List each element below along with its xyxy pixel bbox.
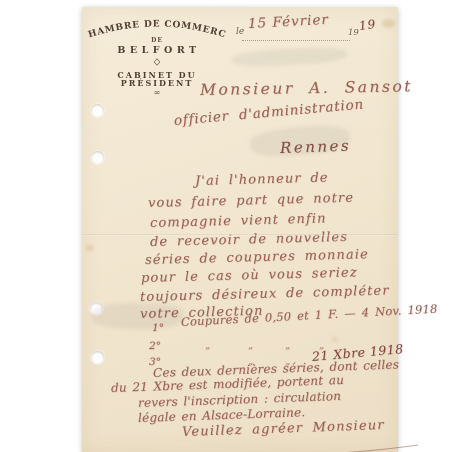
list-row-number: 2° [149,341,161,352]
printed-le: le [236,27,244,37]
body-line: séries de coupures monnaie [145,248,369,267]
date-rule [242,40,350,41]
punch-hole [91,151,104,164]
body-line: J'ai l'honneur de [195,172,329,188]
body-line: toujours désireux de compléter [140,284,390,304]
handwritten-year: 19 [358,18,377,32]
org-city-text: BELFORT [87,46,227,56]
org-name-arc-text: CHAMBRE DE COMMERCE [87,13,227,39]
body-line: vous faire part que notre [148,192,354,210]
printed-year-prefix: 19 [348,28,359,38]
svg-text:CHAMBRE DE COMMERCE: CHAMBRE DE COMMERCE [87,13,227,39]
punch-hole [91,351,104,364]
body-line: compagnie vient enfin [150,212,327,230]
recipient-title: officier d'administration [173,98,364,128]
age-spot [86,245,93,251]
age-spot [332,337,338,342]
punch-hole [91,104,104,117]
body-line: pour le cas où vous seriez [141,266,358,285]
recipient-name: Monsieur A. Sansot [200,79,413,98]
letterhead-arc: CHAMBRE DE COMMERCE [87,13,227,39]
ditto-mark: „ [205,341,210,351]
pen-flourish [212,443,422,452]
age-spot [382,19,395,28]
ditto-mark: „ [285,341,290,351]
handwritten-date: 15 Février [248,14,330,32]
ditto-mark: „ [248,341,253,351]
ink-bleedthrough [92,303,184,329]
letter-document: CHAMBRE DE COMMERCE DE BELFORT ◊ CABINET… [82,7,398,452]
fold-crease [82,234,398,236]
